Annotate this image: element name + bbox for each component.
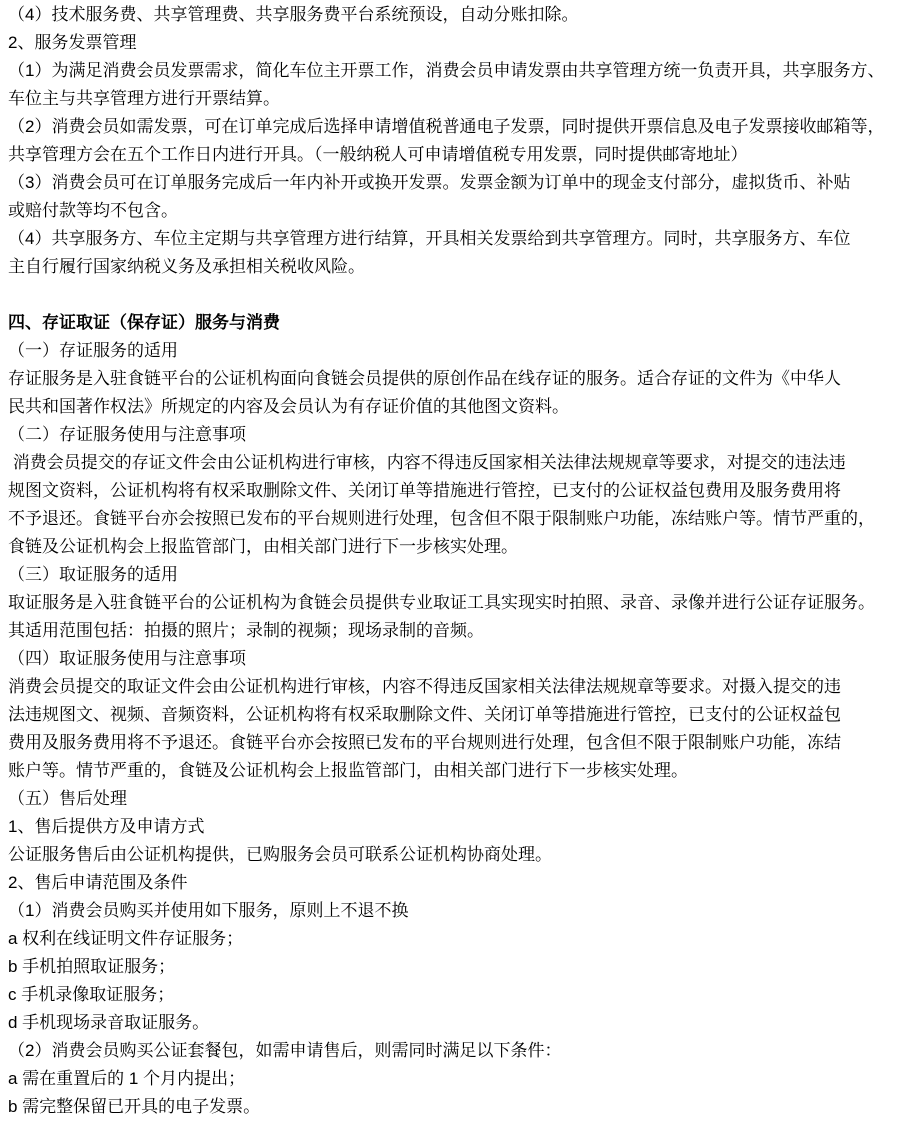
doc-line: （4）共享服务方、车位主定期与共享管理方进行结算，开具相关发票给到共享管理方。同…	[8, 225, 914, 253]
doc-line: （4）技术服务费、共享管理费、共享服务费平台系统预设，自动分账扣除。	[8, 1, 914, 29]
doc-line: 规图文资料，公证机构将有权采取删除文件、关闭订单等措施进行管控，已支付的公证权益…	[8, 477, 914, 505]
list-item: b 需完整保留已开具的电子发票。	[8, 1093, 914, 1121]
doc-line: 存证服务是入驻食链平台的公证机构面向食链会员提供的原创作品在线存证的服务。适合存…	[8, 365, 914, 393]
doc-line: 取证服务是入驻食链平台的公证机构为食链会员提供专业取证工具实现实时拍照、录音、录…	[8, 589, 914, 617]
list-item: c 手机录像取证服务；	[8, 981, 914, 1009]
doc-line: （2）消费会员购买公证套餐包，如需申请售后，则需同时满足以下条件：	[8, 1037, 914, 1065]
blank-line	[8, 281, 914, 309]
list-item: a 需在重置后的 1 个月内提出；	[8, 1065, 914, 1093]
doc-line: （1）消费会员购买并使用如下服务，原则上不退不换	[8, 897, 914, 925]
section-heading: 四、存证取证（保存证）服务与消费	[8, 309, 914, 337]
subsection-heading: （四）取证服务使用与注意事项	[8, 645, 914, 673]
doc-line: 民共和国著作权法》所规定的内容及会员认为有存证价值的其他图文资料。	[8, 393, 914, 421]
subsection-heading: （二）存证服务使用与注意事项	[8, 421, 914, 449]
subsection-heading: （三）取证服务的适用	[8, 561, 914, 589]
doc-line: 其适用范围包括：拍摄的照片；录制的视频；现场录制的音频。	[8, 617, 914, 645]
doc-line: 食链及公证机构会上报监管部门，由相关部门进行下一步核实处理。	[8, 533, 914, 561]
list-heading: 1、售后提供方及申请方式	[8, 813, 914, 841]
list-item: b 手机拍照取证服务；	[8, 953, 914, 981]
subsection-heading: （一）存证服务的适用	[8, 337, 914, 365]
list-heading: 2、售后申请范围及条件	[8, 869, 914, 897]
doc-line: 账户等。情节严重的，食链及公证机构会上报监管部门，由相关部门进行下一步核实处理。	[8, 757, 914, 785]
list-item: a 权利在线证明文件存证服务；	[8, 925, 914, 953]
doc-line: 消费会员提交的存证文件会由公证机构进行审核，内容不得违反国家相关法律法规规章等要…	[8, 449, 914, 477]
doc-line: （1）为满足消费会员发票需求，简化车位主开票工作，消费会员申请发票由共享管理方统…	[8, 57, 914, 85]
doc-line: 主自行履行国家纳税义务及承担相关税收风险。	[8, 253, 914, 281]
subsection-heading: （五）售后处理	[8, 785, 914, 813]
list-item: d 手机现场录音取证服务。	[8, 1009, 914, 1037]
doc-line: 或赔付款等均不包含。	[8, 197, 914, 225]
doc-line: 不予退还。食链平台亦会按照已发布的平台规则进行处理，包含但不限于限制账户功能，冻…	[8, 505, 914, 533]
list-heading: 2、服务发票管理	[8, 29, 914, 57]
doc-line: 车位主与共享管理方进行开票结算。	[8, 85, 914, 113]
doc-line: （3）消费会员可在订单服务完成后一年内补开或换开发票。发票金额为订单中的现金支付…	[8, 169, 914, 197]
doc-line: （2）消费会员如需发票，可在订单完成后选择申请增值税普通电子发票，同时提供开票信…	[8, 113, 914, 141]
doc-line: 法违规图文、视频、音频资料，公证机构将有权采取删除文件、关闭订单等措施进行管控，…	[8, 701, 914, 729]
doc-line: 消费会员提交的取证文件会由公证机构进行审核，内容不得违反国家相关法律法规规章等要…	[8, 673, 914, 701]
doc-line: 公证服务售后由公证机构提供，已购服务会员可联系公证机构协商处理。	[8, 841, 914, 869]
doc-line: 费用及服务费用将不予退还。食链平台亦会按照已发布的平台规则进行处理，包含但不限于…	[8, 729, 914, 757]
document-page: （4）技术服务费、共享管理费、共享服务费平台系统预设，自动分账扣除。 2、服务发…	[0, 0, 920, 1124]
doc-line: 共享管理方会在五个工作日内进行开具。（一般纳税人可申请增值税专用发票，同时提供邮…	[8, 141, 914, 169]
